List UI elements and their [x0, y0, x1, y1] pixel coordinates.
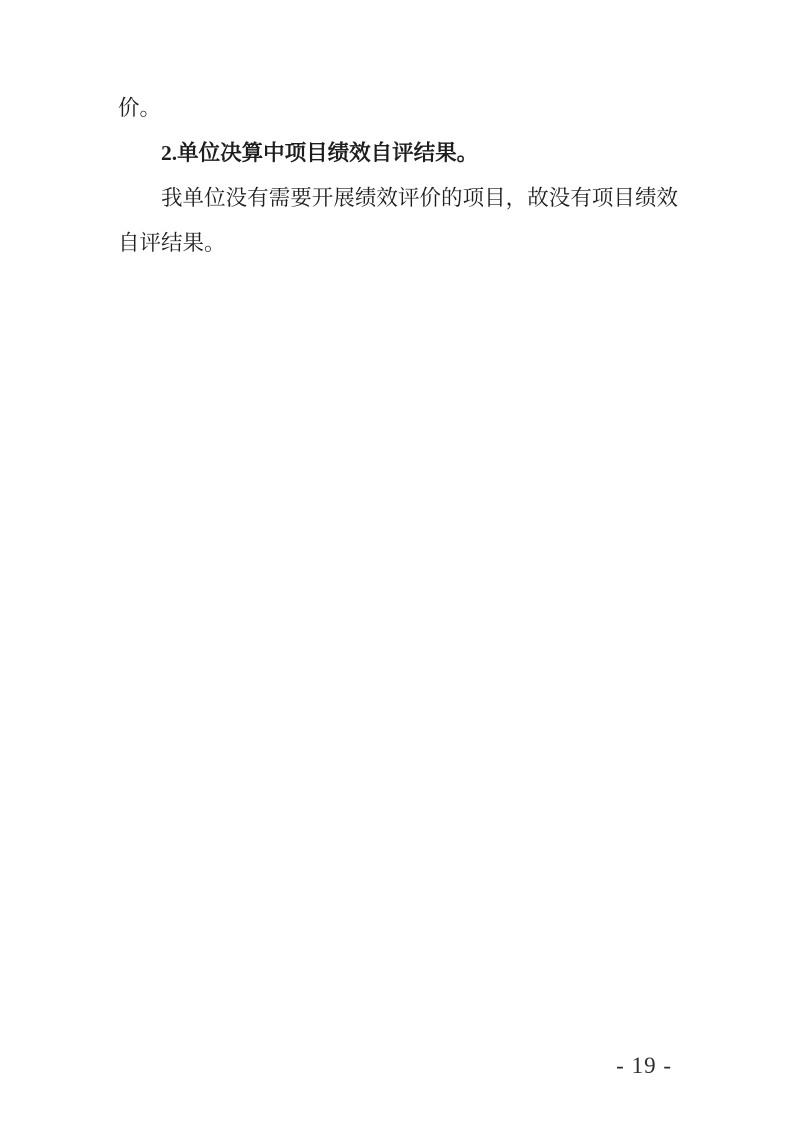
body-paragraph: 我单位没有需要开展绩效评价的项目，故没有项目绩效自评结果。: [118, 176, 678, 266]
page-number: - 19 -: [616, 1051, 672, 1081]
carryover-line: 价。: [118, 86, 678, 131]
section-heading: 2.单位决算中项目绩效自评结果。: [118, 131, 678, 176]
page-content: 价。 2.单位决算中项目绩效自评结果。 我单位没有需要开展绩效评价的项目，故没有…: [118, 86, 678, 266]
document-page: 价。 2.单位决算中项目绩效自评结果。 我单位没有需要开展绩效评价的项目，故没有…: [0, 0, 793, 1122]
